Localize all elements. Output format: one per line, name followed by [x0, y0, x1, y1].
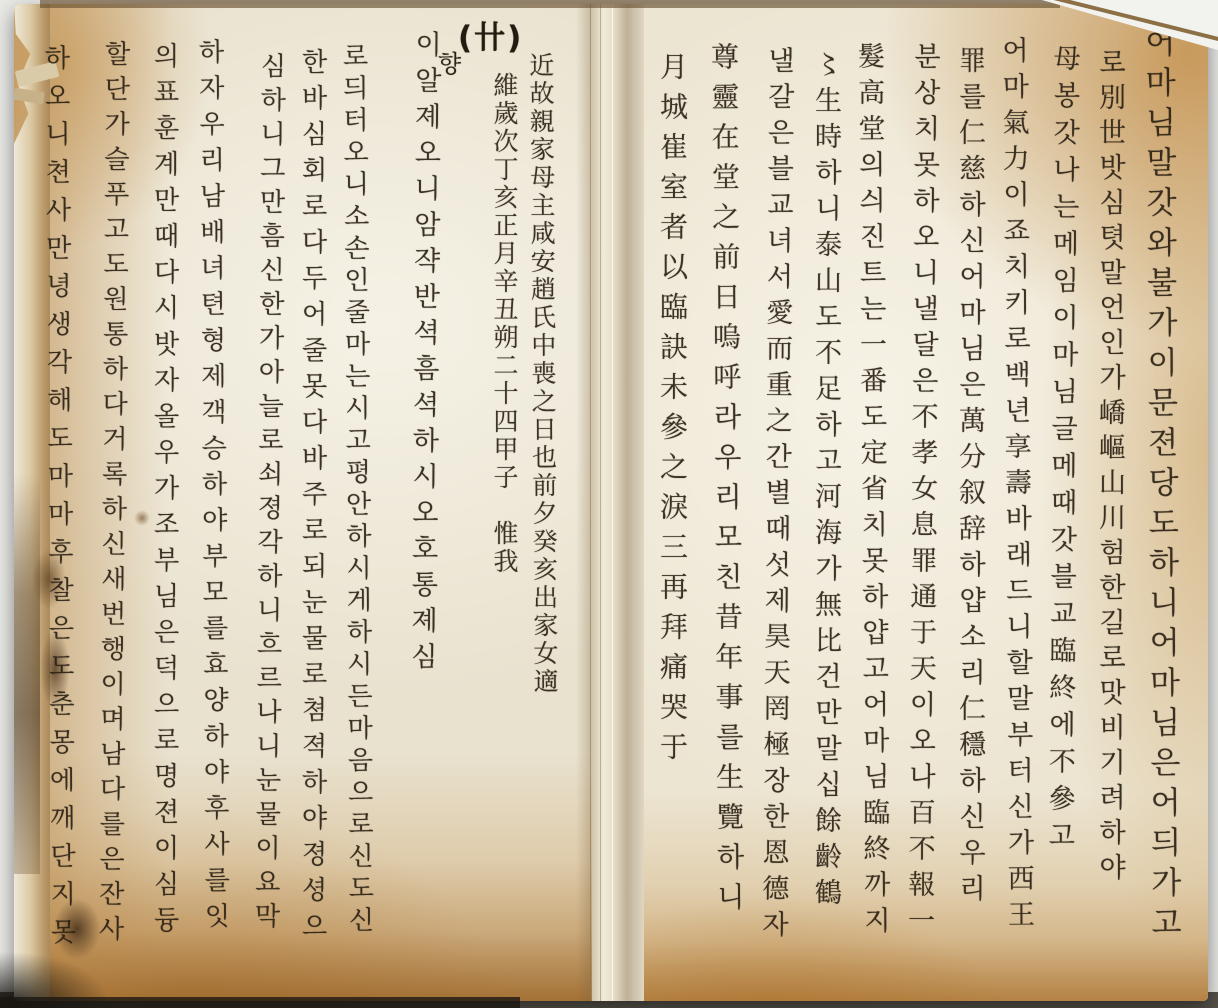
- left-page-manuscript-column: 近故親家母主咸安趙氏中喪之日也前夕癸亥出家女適: [522, 52, 562, 696]
- bottom-shadow: [0, 997, 520, 1008]
- handwriting-layer: (卄) 향 어마님말갓와불가이문젼당도하니어마님은어듸가고로別世밧심텻말언인가嶠…: [0, 0, 1218, 1008]
- left-page-manuscript-column: 로듸터오니소손인줄마는시고평안하시게하시든마음으로신도신: [335, 42, 378, 938]
- left-page-manuscript-column: 한바심회로다두어줄못다바주로되눈물로쳠젹하야졍셩으: [294, 48, 331, 948]
- right-page-manuscript-column: 어마氣力이죠치키로백년享壽바래드니할말부터신가西王: [993, 36, 1038, 936]
- right-page-manuscript-column: 분상치못하오니낼달은不孝女息罪通于天이오나百不報一: [899, 42, 944, 942]
- right-page-manuscript-column: 낼갈은블교녀서愛而重之간별때섯제昊天罔極장한恩德자: [753, 46, 798, 946]
- corner-shadow: [0, 918, 150, 1008]
- left-page-manuscript-column: 하오니쳔사만녕생각해도마마후찰은도춘몽에깨단지못: [37, 44, 80, 956]
- right-page-manuscript-column: 尊靈在堂之前日嗚呼라우리모친昔年事를生覽하니: [703, 42, 749, 922]
- small-header-character: 향: [438, 44, 461, 79]
- right-page-manuscript-column: 어마님말갓와불가이문젼당도하니어마님은어듸가고: [1135, 26, 1186, 946]
- right-page-manuscript-column: 〻生時하니泰山도不足하고河海가無比건만말십餘齡鶴: [806, 50, 845, 914]
- left-page-manuscript-column: 심하니그만흠신한가아늘로쇠졍각하니흐르나니눈물이요막: [247, 52, 290, 936]
- section-number-mark: (卄): [458, 12, 523, 57]
- right-page-manuscript-column: 罪를仁慈하신어마님은萬分叙辞하얍소리仁穩하신우리: [950, 46, 989, 910]
- left-page-manuscript-column: 할단가슬푸고도원통하다거록하신새번행이며남다를은잔사: [91, 40, 134, 950]
- left-page-manuscript-column: 의표훈계만때다시밧자올우가조부님은덕으로명젼이심듕: [146, 42, 183, 942]
- right-page-manuscript-column: 로別世밧심텻말언인가嶠嶇山川험한길로맛비기려하야: [1090, 48, 1129, 888]
- book-top-edge-shadow: [40, 0, 1060, 8]
- right-page-manuscript-column: 月城崔室者以臨訣未參之淚三再拜痛哭于: [652, 52, 692, 772]
- right-page-manuscript-column: 髮高堂의싀진트는一番도定省치못하얍고어마님臨終까지: [849, 42, 894, 942]
- right-page-manuscript-column: 母봉갓나는메임이마님글메때갓블교臨終에不參고: [1039, 44, 1084, 858]
- left-page-manuscript-column: 이알졔오니암쟉반셕흠셕하시오호통졔심: [402, 30, 446, 678]
- photo-of-manuscript: (卄) 향 어마님말갓와불가이문젼당도하니어마님은어듸가고로別世밧심텻말언인가嶠…: [0, 0, 1218, 1008]
- left-page-manuscript-column: 維歲次丁亥正月辛丑朔二十四甲子 惟我: [486, 72, 522, 576]
- left-page-manuscript-column: 하자우리남배녀텬형제객승하야부모를효양하야후사를잇: [191, 38, 234, 938]
